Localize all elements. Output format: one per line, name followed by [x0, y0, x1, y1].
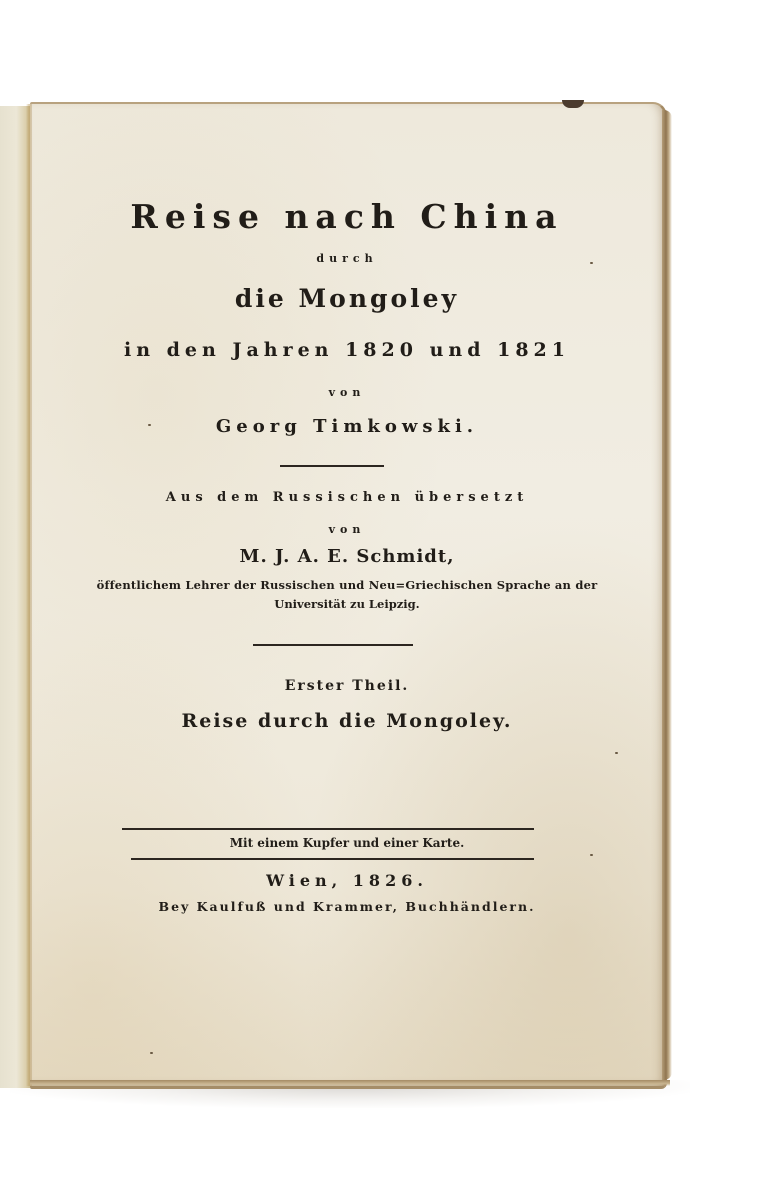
- translator-credential-line-1: öffentlichem Lehrer der Russischen und N…: [30, 578, 664, 592]
- divider-rule-3: [122, 828, 534, 830]
- translated-from-line: Aus dem Russischen übersetzt: [30, 490, 664, 505]
- paper-speck: [590, 262, 593, 264]
- years-line: in den Jahren 1820 und 1821: [30, 339, 664, 361]
- paper-speck: [615, 752, 618, 754]
- divider-rule-1: [280, 465, 384, 467]
- part-title: Reise durch die Mongoley.: [30, 710, 664, 732]
- by-translator-label: von: [30, 523, 664, 536]
- book-title: Reise nach China: [30, 197, 664, 236]
- translator-credential-line-2: Universität zu Leipzig.: [30, 597, 664, 611]
- book-subtitle: die Mongoley: [30, 284, 664, 313]
- paper-speck: [150, 1052, 153, 1054]
- divider-rule-2: [253, 644, 413, 646]
- part-label: Erster Theil.: [30, 678, 664, 694]
- title-page-content: Reise nach China durch die Mongoley in d…: [30, 102, 664, 1084]
- publication-place-year: Wien, 1826.: [30, 871, 664, 890]
- author-name: Georg Timkowski.: [30, 416, 664, 437]
- connector-durch: durch: [30, 252, 664, 265]
- by-author-label: von: [30, 386, 664, 399]
- translator-name: M. J. A. E. Schmidt,: [30, 546, 664, 567]
- paper-speck: [148, 424, 151, 426]
- publisher-line: Bey Kaulfuß und Krammer, Buchhändlern.: [30, 899, 664, 914]
- paper-speck: [590, 854, 593, 856]
- divider-rule-4: [131, 858, 534, 860]
- supplement-note: Mit einem Kupfer und einer Karte.: [30, 836, 664, 850]
